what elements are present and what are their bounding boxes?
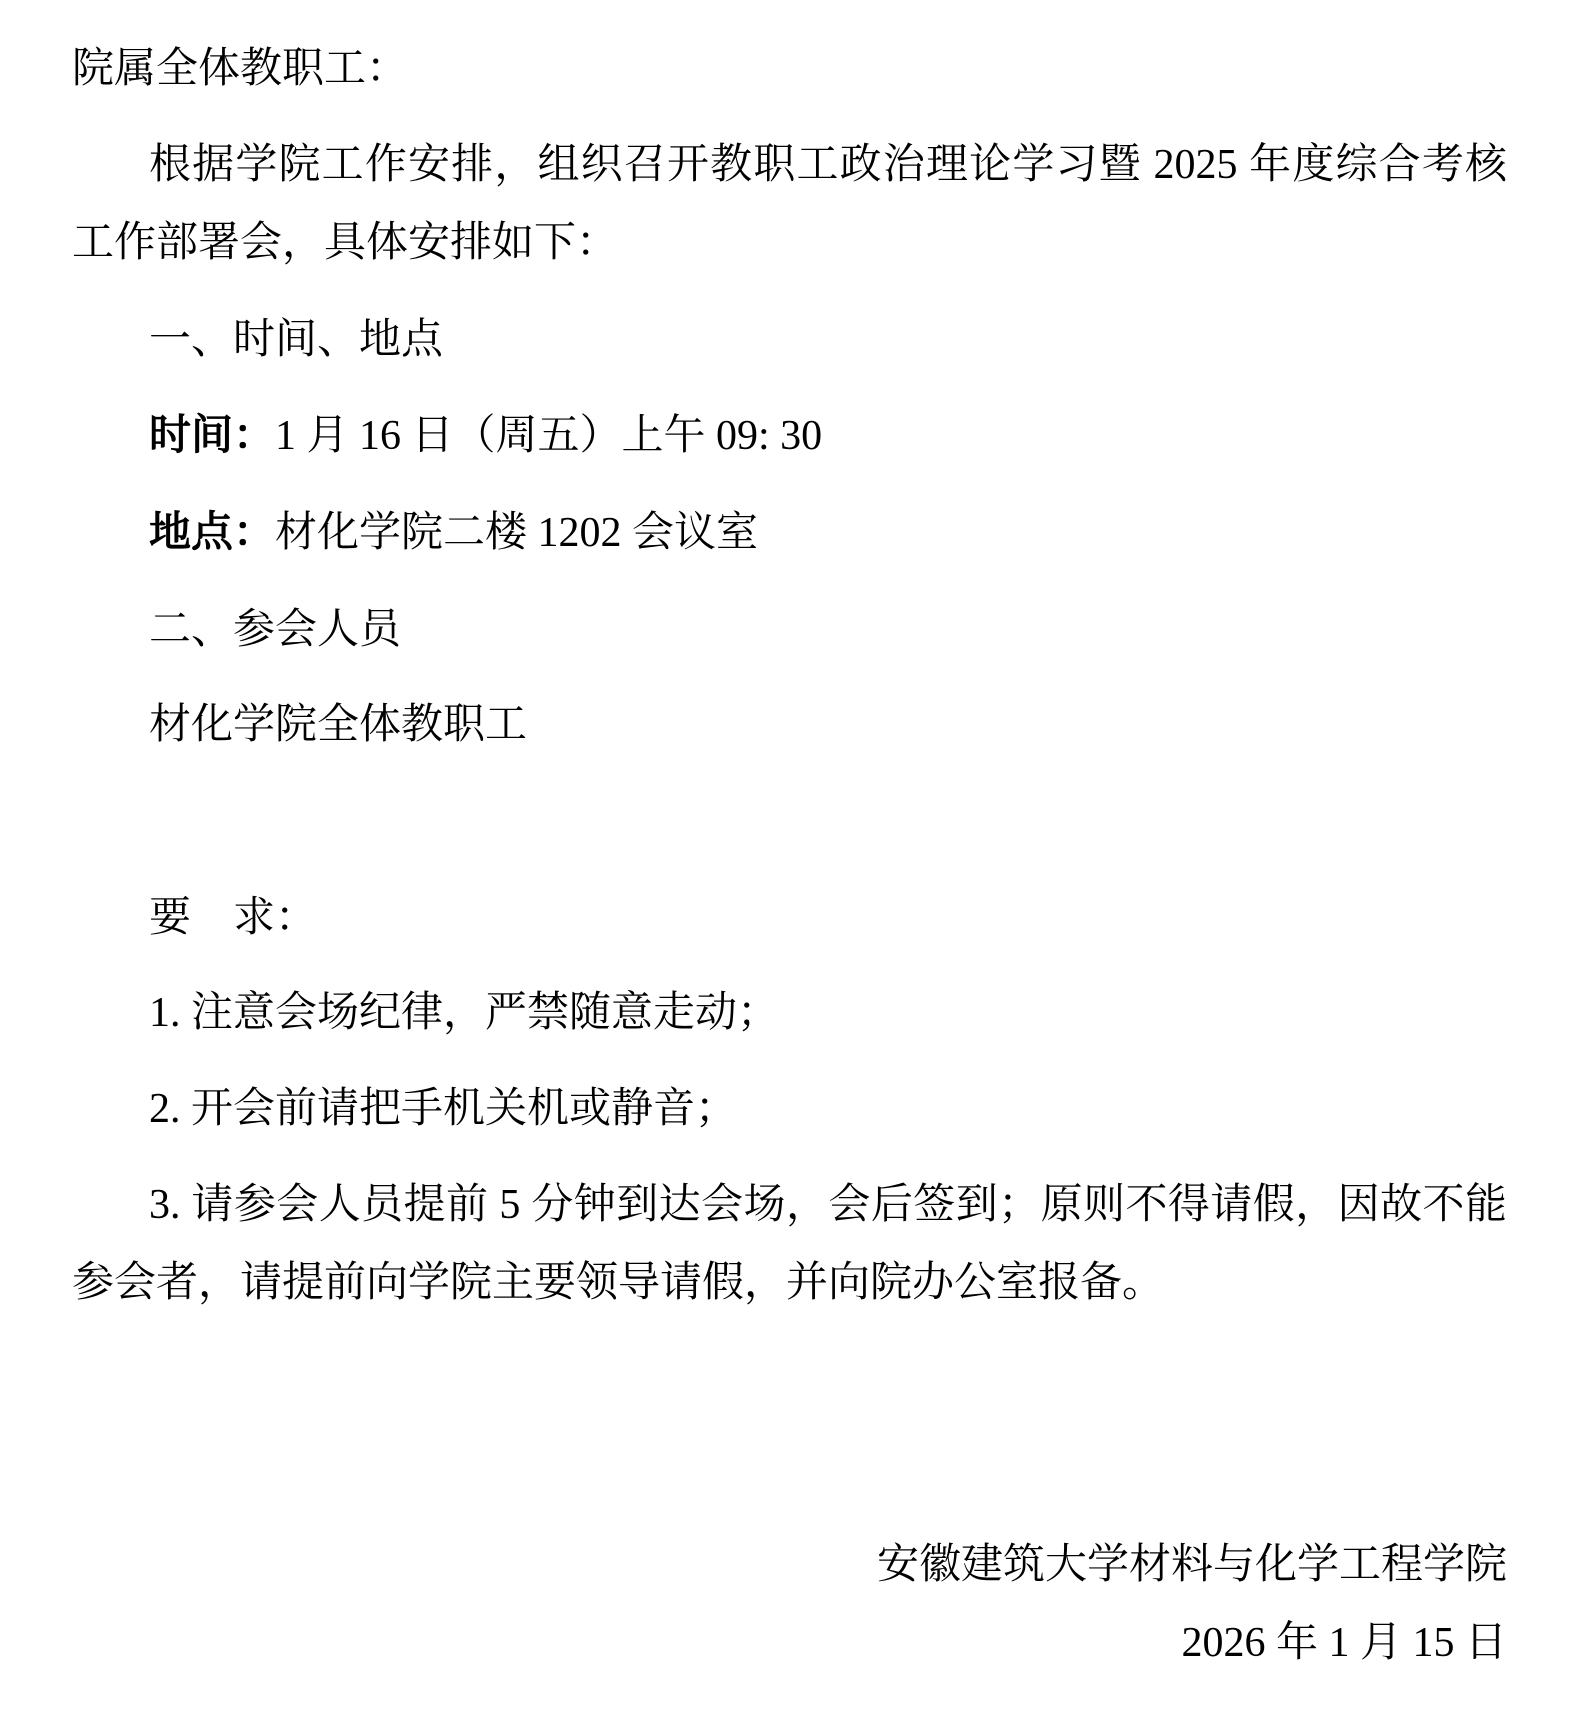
time-value: 1 月 16 日（周五）上午 09: 30: [275, 413, 822, 459]
attendees-line: 材化学院全体教职工: [72, 686, 1507, 764]
time-label: 时间：: [149, 411, 275, 458]
place-line: 地点：材化学院二楼 1202 会议室: [72, 493, 1507, 572]
salutation: 院属全体教职工：: [72, 30, 1507, 108]
requirement-item-2: 2. 开会前请把手机关机或静音；: [72, 1070, 1507, 1148]
signature-date: 2026 年 1 月 15 日: [72, 1604, 1507, 1682]
blank-line: [72, 782, 1507, 860]
signature-organization: 安徽建筑大学材料与化学工程学院: [72, 1526, 1507, 1604]
time-line: 时间：1 月 16 日（周五）上午 09: 30: [72, 396, 1507, 475]
place-value: 材化学院二楼 1202 会议室: [275, 510, 758, 556]
requirement-item-1: 1. 注意会场纪律，严禁随意走动；: [72, 974, 1507, 1052]
requirement-item-3: 3. 请参会人员提前 5 分钟到达会场，会后签到；原则不得请假，因故不能参会者，…: [72, 1166, 1507, 1322]
section-heading-time-place: 一、时间、地点: [72, 300, 1507, 378]
section-heading-attendees: 二、参会人员: [72, 590, 1507, 668]
requirements-heading: 要 求：: [72, 878, 1507, 956]
notice-document: 院属全体教职工： 根据学院工作安排，组织召开教职工政治理论学习暨 2025 年度…: [0, 0, 1587, 1713]
place-label: 地点：: [149, 508, 275, 555]
signature-spacer: [72, 1340, 1507, 1526]
intro-paragraph: 根据学院工作安排，组织召开教职工政治理论学习暨 2025 年度综合考核工作部署会…: [72, 126, 1507, 282]
